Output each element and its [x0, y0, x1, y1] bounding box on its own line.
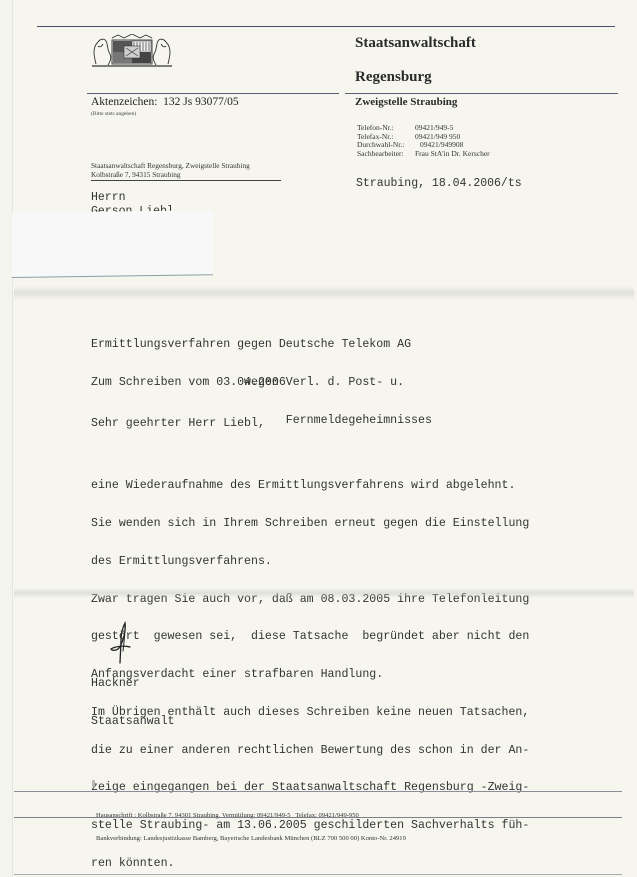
footer-top-rule — [14, 791, 622, 792]
signer-name: Hackner — [91, 678, 175, 691]
authority-city: Regensburg — [355, 69, 432, 86]
body-line: Sie wenden sich in Ihrem Schreiben erneu… — [91, 518, 529, 531]
body-line: gestört gewesen sei, diese Tatsache begr… — [91, 631, 529, 644]
fold-crease — [14, 286, 634, 300]
body-line: des Ermittlungsverfahrens. — [91, 556, 529, 569]
reference-line: Zum Schreiben vom 03.04.2006 — [91, 377, 286, 390]
footer-bank: Bankverbindung: Landesjustizkasse Bamber… — [96, 835, 406, 843]
contact-officer: Sachbearbeiter:Frau StA'in Dr. Kerscher — [357, 150, 490, 159]
greeting: Sehr geehrter Herr Liebl, — [91, 418, 265, 431]
recipient-salutation: Herrn — [91, 191, 174, 205]
sender-address: Staatsanwaltschaft Regensburg, Zweigstel… — [91, 161, 250, 179]
page-bottom-rule — [14, 874, 622, 875]
sender-line-1: Staatsanwaltschaft Regensburg, Zweigstel… — [91, 161, 250, 170]
authority-name: Staatsanwaltschaft — [355, 35, 476, 52]
body-line: die zu einer anderen rechtlichen Bewertu… — [91, 745, 529, 758]
header-divider-right — [345, 93, 618, 94]
footer-address: Hausanschrift : Kolbstraße 7, 94301 Stra… — [96, 812, 406, 820]
file-reference: Aktenzeichen: 132 Js 93077/05 — [91, 96, 239, 108]
contact-block: Telefon-Nr.:09421/949-5 Telefax-Nr.:0942… — [357, 124, 490, 158]
signature-block: Hackner Staatsanwalt — [91, 653, 175, 741]
header-top-rule — [37, 26, 615, 27]
body-line: eine Wiederaufnahme des Ermittlungsverfa… — [91, 480, 529, 493]
body-line: ren könnten. — [91, 858, 529, 871]
file-reference-label: Aktenzeichen: — [91, 96, 157, 108]
redacted-address-area — [12, 210, 213, 278]
footer-bottom-rule — [14, 817, 622, 818]
date-line: Straubing, 18.04.2006/ts — [356, 177, 522, 190]
subject-line: Ermittlungsverfahren gegen Deutsche Tele… — [91, 339, 432, 352]
signer-title: Staatsanwalt — [91, 716, 175, 729]
sender-rule — [91, 180, 281, 181]
file-reference-note: (Bitte stets angeben) — [91, 111, 136, 117]
coat-of-arms-icon — [88, 34, 176, 68]
body-line: zeige eingegangen bei der Staatsanwaltsc… — [91, 782, 529, 795]
header-divider-left — [87, 93, 339, 94]
fold-crease-lower — [14, 588, 634, 598]
file-reference-value: 132 Js 93077/05 — [163, 96, 238, 108]
footer-info: Hausanschrift : Kolbstraße 7, 94301 Stra… — [96, 797, 406, 850]
authority-branch: Zweigstelle Straubing — [355, 96, 457, 108]
scan-speck — [92, 780, 95, 787]
sender-line-2: Kolbstraße 7, 94315 Straubing — [91, 170, 250, 179]
